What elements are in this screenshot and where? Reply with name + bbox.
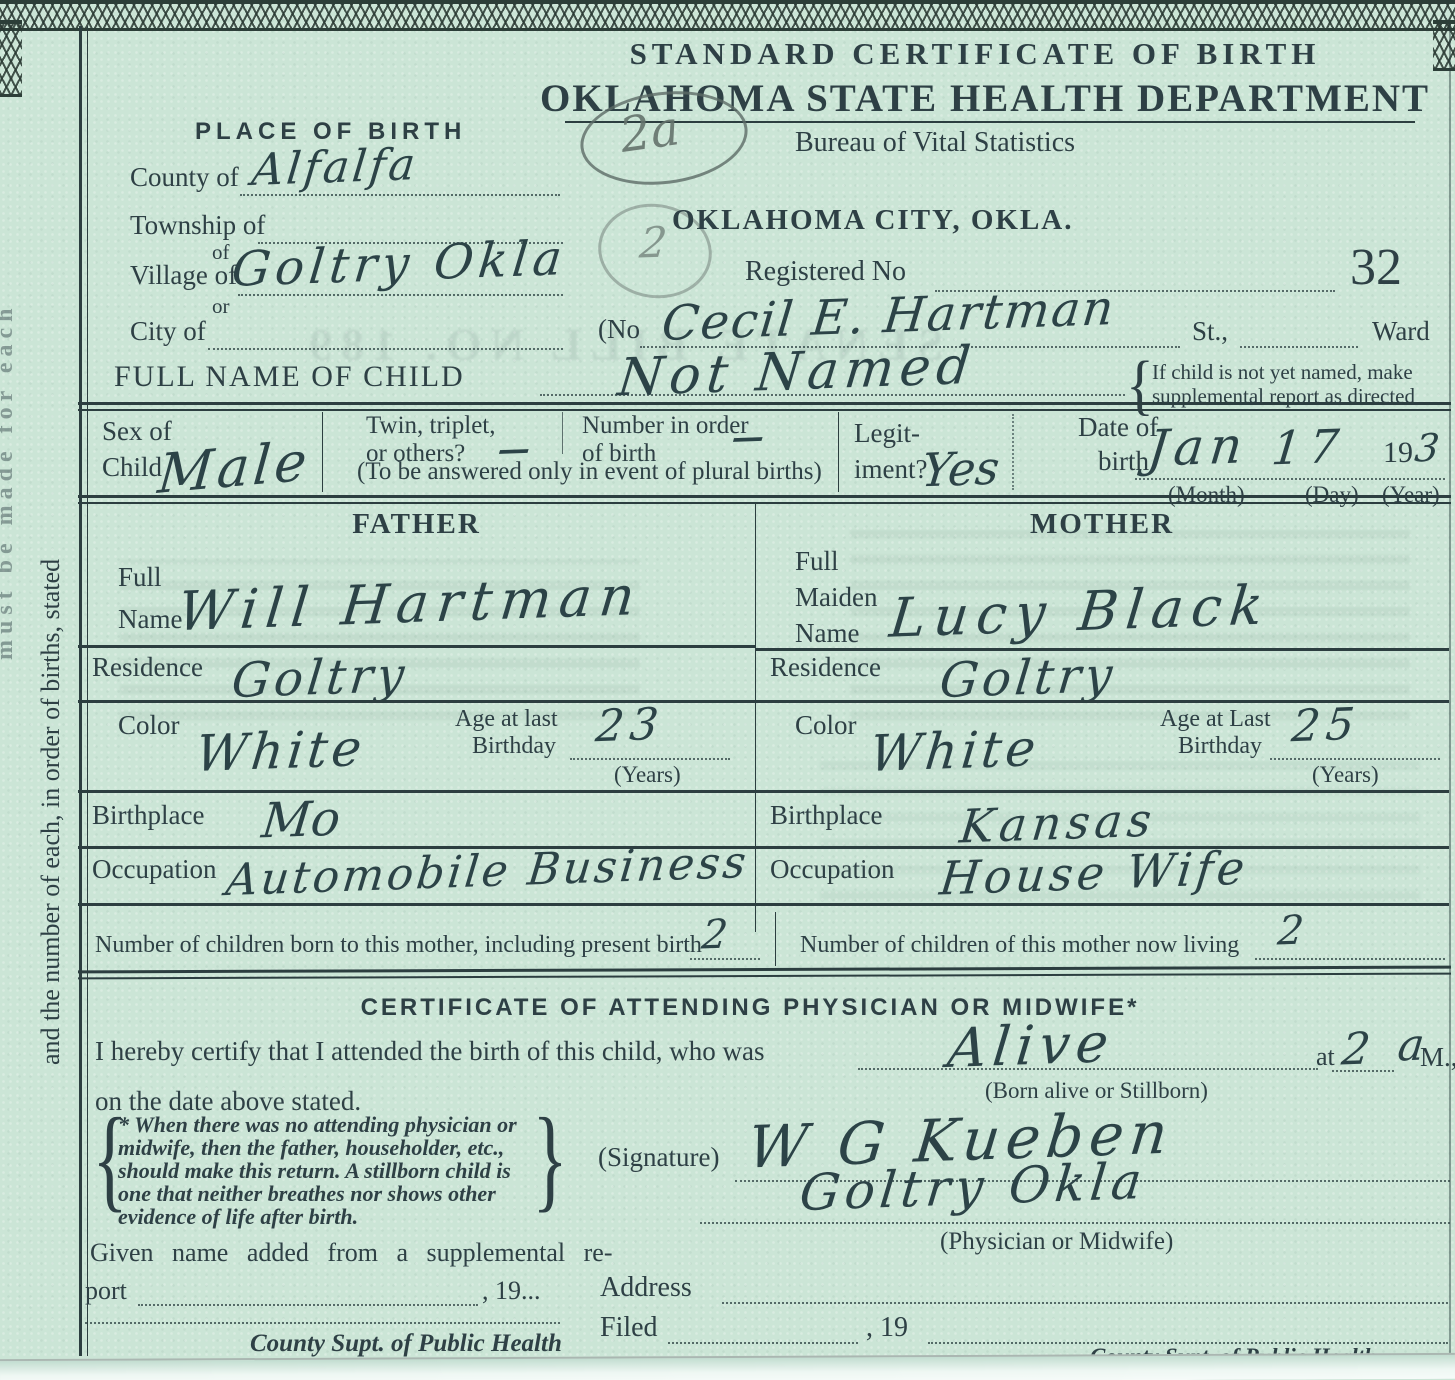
filed-year-label: , 19	[866, 1312, 908, 1344]
cell-divider-dotted	[1012, 414, 1014, 490]
physician-certificate-heading: CERTIFICATE OF ATTENDING PHYSICIAN OR MI…	[200, 994, 1300, 1022]
sex-child-label: Child	[102, 452, 162, 483]
dob-line	[1135, 478, 1445, 480]
scan-bottom-edge	[0, 1353, 1455, 1380]
father-name-label: Name	[118, 604, 182, 635]
mother-maiden-label: Maiden	[795, 582, 877, 613]
signature-place-line	[700, 1222, 1450, 1224]
mother-age-line	[1270, 758, 1440, 760]
address-line	[722, 1302, 1448, 1304]
address-label: Address	[600, 1272, 692, 1304]
or-small-label: or	[212, 294, 230, 319]
township-label: Township of	[130, 210, 265, 241]
mother-name-label: Name	[795, 618, 859, 649]
father-age-label-line1: Age at last	[455, 706, 558, 733]
midwife-note-line: evidence of life after birth.	[118, 1206, 538, 1229]
cell-divider	[562, 412, 563, 454]
form-right-border	[1449, 24, 1451, 1356]
m-label: M.,	[1420, 1042, 1455, 1073]
form-left-border-outer	[79, 26, 82, 1356]
section-rule-1	[78, 402, 1451, 411]
supplemental-report-line1: Given name added from a supplemental re-	[90, 1238, 613, 1268]
order-label-line1: Number in order	[582, 412, 749, 440]
father-name-rule	[78, 645, 755, 648]
mother-occupation-label: Occupation	[770, 854, 894, 885]
time-handwriting: 2	[1339, 1023, 1372, 1075]
dob-day-handwriting: 17	[1269, 419, 1349, 476]
form-left-border-inner	[87, 26, 88, 1356]
mother-birthplace-label: Birthplace	[770, 800, 882, 831]
children-born-value: 2	[700, 911, 730, 958]
midwife-note-line: * When there was no attending physician …	[118, 1114, 538, 1137]
mother-age-label-line1: Age at Last	[1160, 706, 1271, 733]
section-rule-3	[78, 966, 1451, 980]
midwife-note-line: one that neither breathes nor shows othe…	[118, 1183, 538, 1206]
signature-label: (Signature)	[598, 1142, 719, 1173]
physician-or-midwife-caption: (Physician or Midwife)	[940, 1228, 1173, 1256]
time-line	[1332, 1070, 1394, 1072]
top-chain-border	[0, 0, 1455, 31]
father-color-handwriting: White	[193, 719, 368, 783]
mother-name-handwriting: Lucy Black	[887, 573, 1274, 650]
birth-certificate-document: and the number of each, in order of birt…	[0, 0, 1455, 1380]
no-open-label: (No	[598, 314, 640, 345]
children-living-label: Number of children of this mother now li…	[800, 932, 1239, 959]
children-divider	[775, 912, 776, 966]
mother-age-handwriting: 25	[1289, 699, 1362, 753]
mother-color-handwriting: White	[867, 719, 1042, 783]
st-line	[1240, 346, 1358, 348]
full-name-of-child-label: FULL NAME OF CHILD	[114, 360, 465, 394]
order-value-dash: —	[730, 417, 766, 456]
cell-divider	[322, 412, 323, 492]
mother-color-label: Color	[795, 710, 857, 741]
at-label: at	[1316, 1042, 1335, 1072]
father-age-line	[570, 758, 730, 760]
county-supt-left-caption: County Supt. of Public Health	[250, 1330, 562, 1358]
cell-divider	[838, 412, 839, 492]
supplemental-report-line2: port	[85, 1276, 127, 1306]
midwife-note-line: midwife, then the father, householder, e…	[118, 1137, 538, 1160]
twin-label-line1: Twin, triplet,	[366, 412, 495, 440]
father-occupation-label: Occupation	[92, 854, 216, 885]
mother-occupation-rule	[755, 903, 1449, 906]
condition-handwriting: Alive	[945, 1011, 1118, 1080]
dob-label-line2: birth	[1098, 446, 1149, 477]
legit-label-line1: Legit-	[854, 418, 920, 449]
father-birthplace-handwriting: Mo	[259, 791, 343, 850]
section-rule-2	[78, 495, 1451, 504]
father-color-rule	[78, 790, 755, 793]
mother-years-caption: (Years)	[1312, 762, 1379, 788]
father-years-caption: (Years)	[614, 762, 681, 788]
dob-month-handwriting: Jan	[1145, 416, 1251, 478]
county-supt-left-line	[85, 1322, 560, 1324]
margin-vertical-caption: and the number of each, in order of birt…	[36, 559, 66, 1065]
mother-age-label-line2: Birthday	[1178, 733, 1262, 760]
filed-line	[668, 1342, 858, 1344]
city-line	[208, 348, 563, 350]
certificate-title: STANDARD CERTIFICATE OF BIRTH	[560, 36, 1390, 72]
supplemental-note-line1: If child is not yet named, make	[1152, 360, 1413, 385]
father-occupation-rule	[78, 903, 755, 906]
legit-label-line2: iment?	[854, 454, 927, 485]
city-label: City of	[130, 316, 206, 347]
county-label: County of	[130, 162, 239, 193]
midwife-note: * When there was no attending physician …	[118, 1114, 538, 1228]
father-residence-label: Residence	[92, 652, 203, 683]
father-color-label: Color	[118, 710, 180, 741]
mother-occupation-handwriting: House Wife	[937, 841, 1251, 906]
margin-edge-fragment: must be made for each	[0, 302, 19, 660]
supplemental-line	[138, 1304, 478, 1306]
father-full-label: Full	[118, 562, 162, 593]
note-brace-right: }	[532, 1101, 567, 1216]
registered-no-label: Registered No	[745, 256, 906, 288]
dob-label-line1: Date of	[1078, 412, 1158, 443]
mother-full-label: Full	[795, 546, 839, 577]
father-age-label-line2: Birthday	[472, 733, 556, 760]
ward-label: Ward	[1372, 316, 1430, 347]
left-chain-stub	[0, 20, 22, 97]
st-label: St.,	[1192, 316, 1228, 347]
midwife-note-line: should make this return. A stillborn chi…	[118, 1160, 538, 1183]
village-label: Village of	[130, 260, 237, 291]
right-chain-stub	[1433, 20, 1455, 71]
mother-color-rule	[755, 790, 1449, 793]
registered-no-value: 32	[1350, 238, 1402, 297]
children-living-line	[1255, 958, 1445, 960]
legit-value-handwriting: Yes	[919, 441, 1002, 498]
plural-births-note: (To be answered only in event of plural …	[357, 458, 822, 486]
father-heading: FATHER	[78, 508, 755, 541]
mother-heading: MOTHER	[755, 508, 1449, 541]
certify-text: I hereby certify that I attended the bir…	[95, 1036, 765, 1067]
child-name-handwriting: Not Named	[615, 336, 979, 409]
father-age-handwriting: 23	[593, 699, 666, 753]
oklahoma-city-line: OKLAHOMA CITY, OKLA.	[672, 204, 1073, 237]
pencil-circle-top-text: 2a	[616, 100, 682, 164]
village-value-handwriting: Goltry Okla	[229, 230, 569, 298]
filed-label: Filed	[600, 1312, 658, 1344]
parent-center-divider	[755, 504, 756, 932]
children-living-value: 2	[1276, 907, 1306, 954]
father-birthplace-label: Birthplace	[92, 800, 204, 831]
mother-residence-label: Residence	[770, 652, 881, 683]
supplemental-year-label: , 19...	[482, 1276, 541, 1306]
dob-year-printed: 19	[1383, 436, 1413, 470]
county-value-handwriting: Alfalfa	[249, 139, 420, 196]
children-born-label: Number of children born to this mother, …	[95, 932, 702, 959]
dob-year-handwriting: 3	[1413, 425, 1442, 470]
signature-place-handwriting: Goltry Okla	[797, 1152, 1149, 1222]
pencil-circle-bottom-text: 2	[637, 217, 669, 267]
